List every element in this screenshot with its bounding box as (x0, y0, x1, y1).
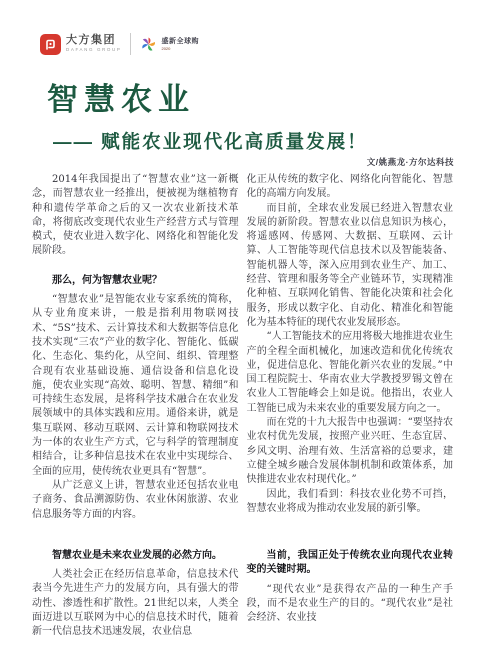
paragraph: 人类社会正在经历信息革命，信息技术代表当今先进生产力的发展方向，具有强大的带动性… (32, 568, 239, 639)
partner-year: 2020 (161, 47, 199, 51)
page-header: 大方集团 DAFANG GROUP 盛新全球购 2020 (40, 33, 199, 55)
pinwheel-icon (140, 36, 157, 53)
left-column: 2014年我国提出了“智慧农业”这一新概念，而智慧农业一经推出，便被视为继植物育… (32, 173, 239, 640)
article-body: 2014年我国提出了“智慧农业”这一新概念，而智慧农业一经推出，便被视为继植物育… (32, 173, 453, 640)
brand-name: 大方集团 (66, 35, 121, 46)
title-block: 智慧农业 —— 赋能农业现代化高质量发展！ (47, 74, 368, 154)
brand-subtitle: DAFANG GROUP (66, 48, 121, 53)
magazine-page: 大方集团 DAFANG GROUP 盛新全球购 2020 智慧农 (0, 0, 480, 651)
paragraph: 从广泛意义上讲，智慧农业还包括农业电子商务、食品溯源防伪、农业休闲旅游、农业信息… (32, 479, 239, 522)
paragraph: 而在党的十九大报告中也强调：“要坚持农业农村优先发展，按照产业兴旺、生态宜居、乡… (247, 416, 454, 487)
paragraph: “人工智能技术的应用将极大地推进农业生产的全程全面机械化，加速改造和优化传统农业… (247, 330, 454, 416)
right-column: 化正从传统的数字化、网络化向智能化、智慧化的高端方向发展。 而目前，全球农业发展… (247, 173, 454, 640)
header-divider (130, 33, 131, 55)
byline: 文/姚燕龙·方尔达科技 (367, 156, 454, 168)
section-heading: 当前，我国正处于传统农业向现代农业转变的关键时期。 (247, 549, 454, 578)
article-title: 智慧农业 (47, 74, 368, 119)
paragraph: “智慧农业”是智能农业专家系统的简称，从专业角度来讲，一般是指利用物联网技术、“… (32, 293, 239, 479)
paragraph: 2014年我国提出了“智慧农业”这一新概念，而智慧农业一经推出，便被视为继植物育… (32, 173, 239, 259)
paragraph: 化正从传统的数字化、网络化向智能化、智慧化的高端方向发展。 (247, 173, 454, 202)
dafang-group-logo: 大方集团 DAFANG GROUP (40, 34, 121, 55)
dafang-logo-icon (40, 34, 61, 55)
paragraph: 而目前，全球农业发展已经进入智慧农业发展的新阶段。智慧农业以信息知识为核心，将遥… (247, 202, 454, 331)
partner-name: 盛新全球购 (161, 38, 199, 45)
section-heading: 智慧农业是未来农业发展的必然方向。 (32, 549, 239, 563)
paragraph: 因此，我们看到：科技农业化势不可挡，智慧农业将成为推动农业发展的新引擎。 (247, 488, 454, 517)
article-subtitle: —— 赋能农业现代化高质量发展！ (53, 128, 368, 154)
partner-logo: 盛新全球购 2020 (140, 36, 199, 53)
dafang-logo-text: 大方集团 DAFANG GROUP (66, 35, 121, 53)
partner-logo-text: 盛新全球购 2020 (161, 38, 199, 51)
section-heading: 那么，何为智慧农业呢？ (32, 274, 239, 288)
paragraph: “现代农业”是获得农产品的一种生产手段，而不是农业生产的目的。“现代农业”是社会… (247, 583, 454, 626)
